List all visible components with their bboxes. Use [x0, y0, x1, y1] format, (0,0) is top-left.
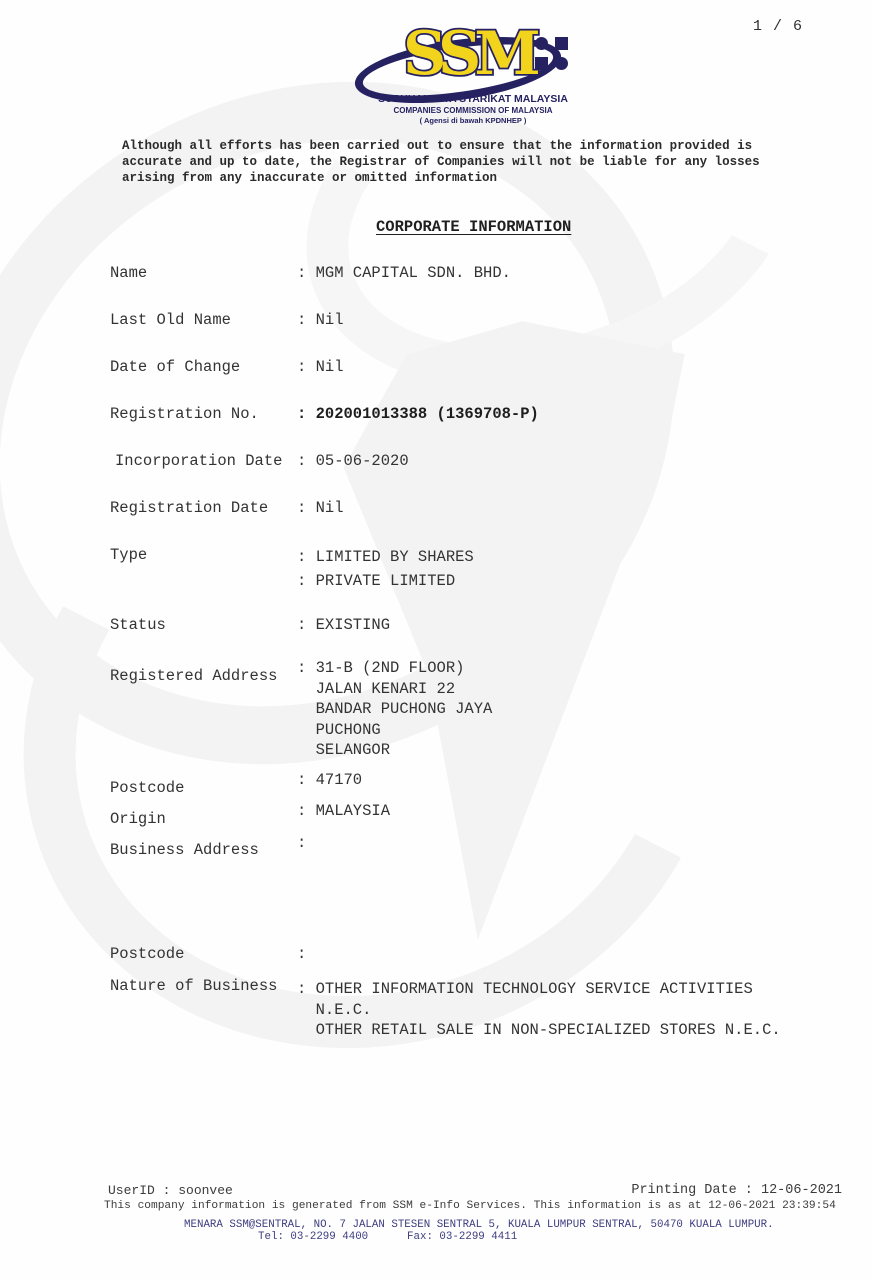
disclaimer-text: Although all efforts has been carried ou… [122, 139, 760, 186]
field-label: Date of Change [110, 357, 240, 378]
field-label: Type [110, 545, 147, 566]
footer-generated-note: This company information is generated fr… [104, 1200, 836, 1212]
page-title: CORPORATE INFORMATION [376, 218, 571, 236]
footer-tel-fax: Tel: 03-2299 4400 Fax: 03-2299 4411 [258, 1231, 517, 1243]
field-value: : Nil [297, 498, 344, 519]
field-value: : MALAYSIA [297, 801, 390, 822]
field-value: : EXISTING [297, 615, 390, 636]
field-value: : Nil [297, 357, 344, 378]
field-label: Postcode [110, 944, 184, 965]
field-label: Origin [110, 809, 166, 830]
field-label: Nature of Business [110, 976, 277, 997]
field-label: Registration Date [110, 498, 268, 519]
field-label: Last Old Name [110, 310, 231, 331]
field-value: : 47170 [297, 770, 362, 791]
ssm-logo-dot-grid-icon [535, 37, 569, 71]
logo-org-name-my: SURUHANJAYA SYARIKAT MALAYSIA [350, 93, 596, 105]
dot-square-icon [555, 37, 568, 50]
field-value: : Nil [297, 310, 344, 331]
field-value: : 05-06-2020 [297, 451, 409, 472]
field-value: : 202001013388 (1369708-P) [297, 404, 539, 425]
dot-circle-icon [555, 57, 568, 70]
dot-square-icon [535, 57, 548, 70]
ssm-logo-acronym: SSM [403, 28, 534, 80]
field-label: Status [110, 615, 166, 636]
logo-agency-note: ( Agensi di bawah KPDNHEP ) [350, 116, 596, 125]
logo-org-name-en: COMPANIES COMMISSION OF MALAYSIA [350, 106, 596, 115]
footer-ssm-address: MENARA SSM@SENTRAL, NO. 7 JALAN STESEN S… [184, 1219, 774, 1231]
field-value: : OTHER INFORMATION TECHNOLOGY SERVICE A… [297, 979, 781, 1041]
field-label: Registration No. [110, 404, 259, 425]
field-label: Registered Address [110, 666, 277, 687]
field-value: : [297, 833, 306, 854]
field-value: : MGM CAPITAL SDN. BHD. [297, 263, 511, 284]
field-label: Business Address [110, 840, 259, 861]
field-value: : [297, 944, 306, 965]
background-watermark [0, 0, 872, 1280]
field-value: : 31-B (2ND FLOOR) JALAN KENARI 22 BANDA… [297, 658, 492, 761]
field-value: : LIMITED BY SHARES : PRIVATE LIMITED [297, 545, 474, 593]
field-label: Incorporation Date [115, 451, 282, 472]
ssm-logo: SSM SURUHANJAYA SYARIKAT MALAYSIA COMPAN… [350, 26, 596, 126]
page-number: 1 / 6 [753, 18, 803, 35]
footer-printing-date: Printing Date : 12-06-2021 [631, 1183, 842, 1198]
document-page: 1 / 6 SSM SURUHANJAYA SYARIKAT MALAYSIA … [0, 0, 872, 1280]
dot-circle-icon [535, 37, 548, 50]
footer-user-id: UserID : soonvee [108, 1183, 233, 1198]
field-label: Postcode [110, 778, 184, 799]
field-label: Name [110, 263, 147, 284]
